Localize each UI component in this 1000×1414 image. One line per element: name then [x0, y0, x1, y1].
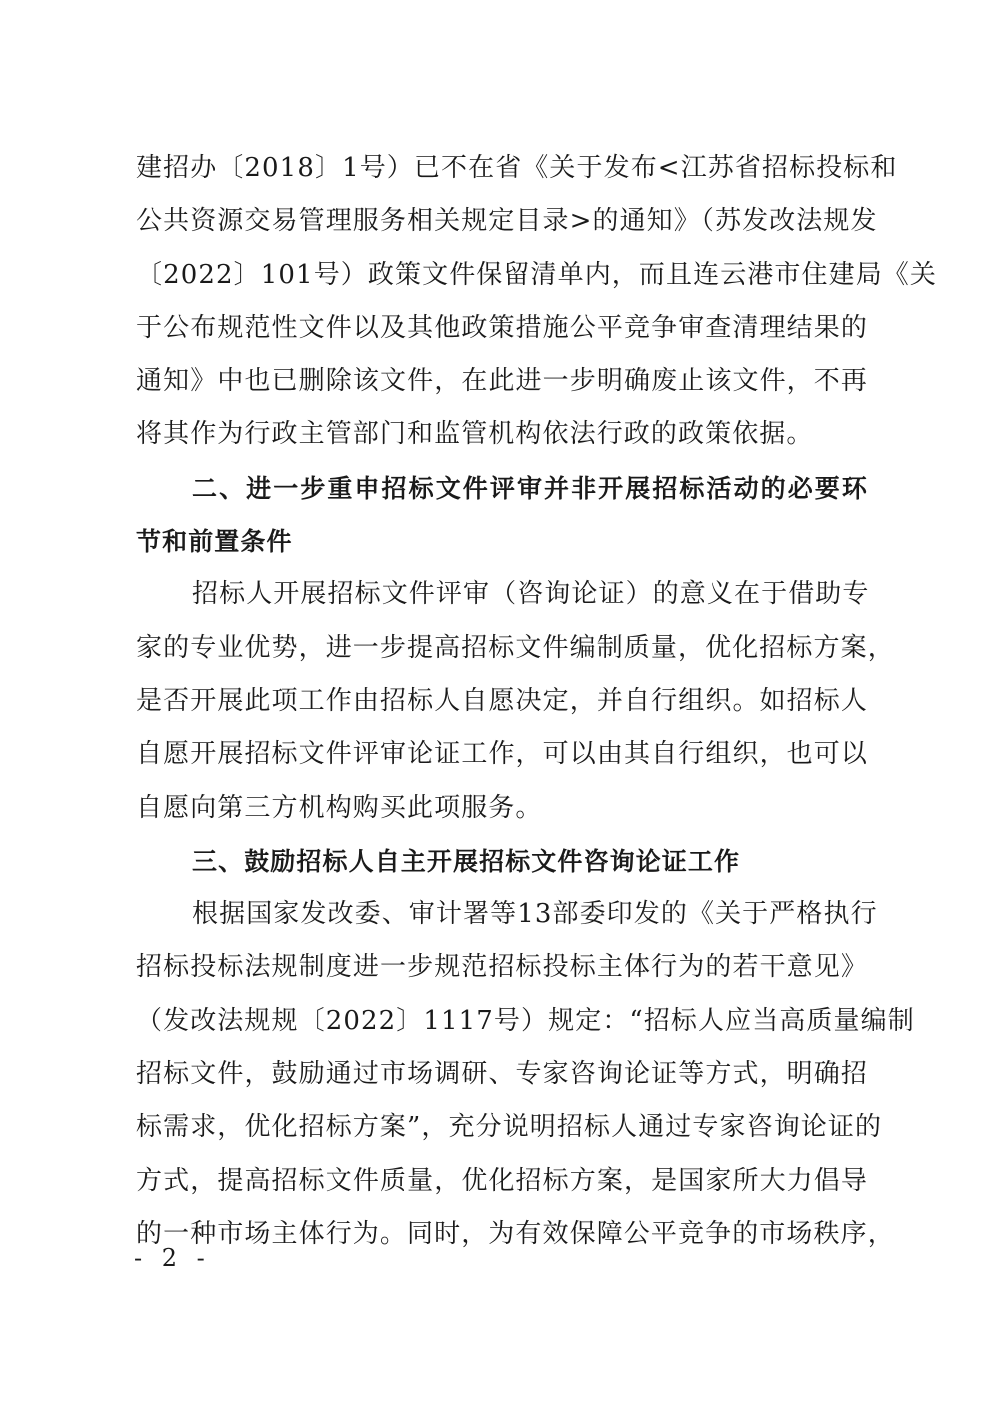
body-line: 招标人开展招标文件评审（咨询论证）的意义在于借助专 — [136, 568, 868, 621]
body-line: 根据国家发改委、审计署等13部委印发的《关于严格执行 — [136, 888, 868, 941]
document-page: 建招办〔2018〕1号）已不在省《关于发布<江苏省招标投标和 公共资源交易管理服… — [136, 142, 868, 1261]
body-line: 自愿开展招标文件评审论证工作，可以由其自行组织，也可以 — [136, 728, 868, 781]
body-line: 将其作为行政主管部门和监管机构依法行政的政策依据。 — [136, 408, 868, 461]
section-heading-3: 三、鼓励招标人自主开展招标文件咨询论证工作 — [136, 835, 868, 888]
body-line: 于公布规范性文件以及其他政策措施公平竞争审查清理结果的 — [136, 302, 868, 355]
body-line: 是否开展此项工作由招标人自愿决定，并自行组织。如招标人 — [136, 675, 868, 728]
body-line: 公共资源交易管理服务相关规定目录>的通知》（苏发改法规发 — [136, 195, 868, 248]
body-line: 标需求，优化招标方案”，充分说明招标人通过专家咨询论证的 — [136, 1101, 868, 1154]
body-line: 方式，提高招标文件质量，优化招标方案，是国家所大力倡导 — [136, 1155, 868, 1208]
body-line: 家的专业优势，进一步提高招标文件编制质量，优化招标方案， — [136, 622, 868, 675]
body-line: 招标投标法规制度进一步规范招标投标主体行为的若干意见》 — [136, 941, 868, 994]
body-line: 自愿向第三方机构购买此项服务。 — [136, 782, 868, 835]
section-heading-2-cont: 节和前置条件 — [136, 515, 868, 568]
page-number: - 2 - — [134, 1244, 211, 1272]
body-line: 通知》中也已删除该文件，在此进一步明确废止该文件，不再 — [136, 355, 868, 408]
body-line: 〔2022〕101号）政策文件保留清单内，而且连云港市住建局《关 — [136, 249, 868, 302]
body-line: 的一种市场主体行为。同时，为有效保障公平竞争的市场秩序， — [136, 1208, 868, 1261]
section-heading-2: 二、进一步重申招标文件评审并非开展招标活动的必要环 — [136, 462, 868, 515]
body-line: （发改法规规〔2022〕1117号）规定：“招标人应当高质量编制 — [136, 995, 868, 1048]
body-line: 建招办〔2018〕1号）已不在省《关于发布<江苏省招标投标和 — [136, 142, 868, 195]
body-line: 招标文件，鼓励通过市场调研、专家咨询论证等方式，明确招 — [136, 1048, 868, 1101]
